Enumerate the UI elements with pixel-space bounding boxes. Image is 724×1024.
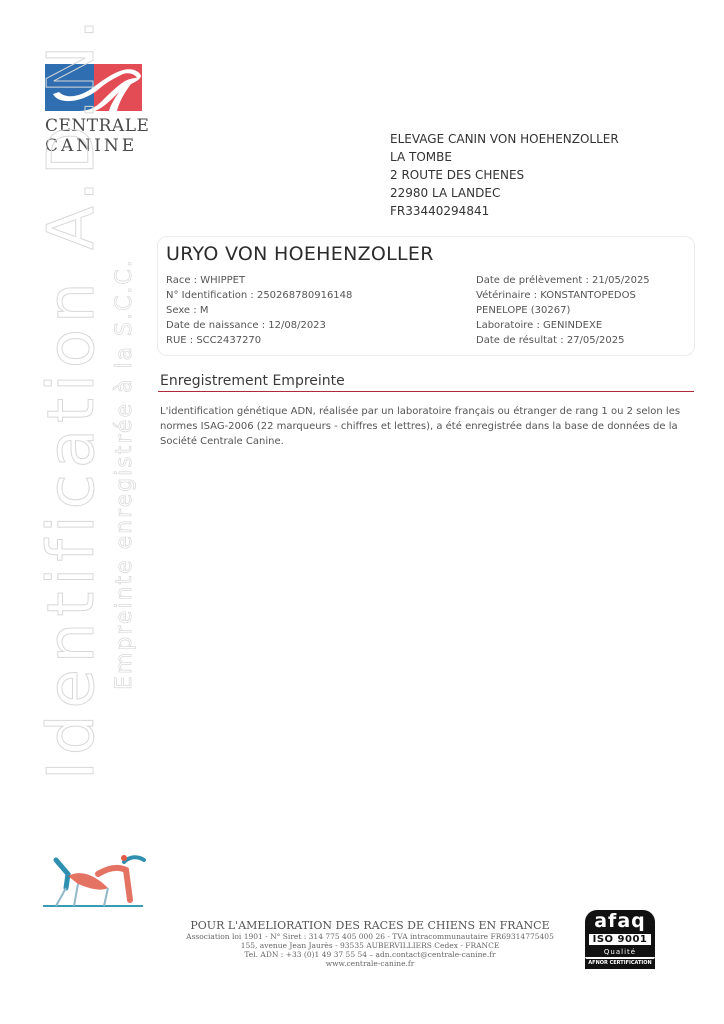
rue-number: RUE : SCC2437270: [166, 333, 352, 348]
section-body: L'identification génétique ADN, réalisée…: [160, 404, 700, 449]
identification-number: N° Identification : 250268780916148: [166, 288, 352, 303]
footer: POUR L'AMELIORATION DES RACES DE CHIENS …: [170, 920, 570, 968]
certification-issuer: AFNOR CERTIFICATION: [585, 957, 655, 969]
dog-info-card: URYO VON HOEHENZOLLER Race : WHIPPET N° …: [157, 236, 695, 356]
dog-details-right: Date de prélèvement : 21/05/2025 Vétérin…: [476, 273, 688, 348]
address-line: 2 ROUTE DES CHENES: [390, 166, 619, 184]
recipient-address: ELEVAGE CANIN VON HOEHENZOLLER LA TOMBE …: [390, 130, 619, 220]
dog-name: URYO VON HOEHENZOLLER: [166, 243, 434, 265]
afaq-logo: afaq: [585, 910, 655, 932]
dog-details-left: Race : WHIPPET N° Identification : 25026…: [166, 273, 352, 348]
address-line: LA TOMBE: [390, 148, 619, 166]
footer-address: 155, avenue Jean Jaurès - 93535 AUBERVIL…: [170, 941, 570, 950]
watermark-identification-adn: Identification A.D.N.: [35, 13, 109, 780]
laboratory: Laboratoire : GENINDEXE: [476, 318, 688, 333]
iso-standard: ISO 9001: [589, 934, 651, 945]
address-line: FR33440294841: [390, 202, 619, 220]
breed: Race : WHIPPET: [166, 273, 352, 288]
birth-date: Date de naissance : 12/08/2023: [166, 318, 352, 333]
sex: Sexe : M: [166, 303, 352, 318]
result-date: Date de résultat : 27/05/2025: [476, 333, 688, 348]
footer-motto: POUR L'AMELIORATION DES RACES DE CHIENS …: [170, 920, 570, 932]
veterinarian: Vétérinaire : KONSTANTOPEDOS PENELOPE (3…: [476, 288, 688, 318]
address-line: 22980 LA LANDEC: [390, 184, 619, 202]
footer-contact: Tel. ADN : +33 (0)1 49 37 55 54 – adn.co…: [170, 950, 570, 959]
sampling-date: Date de prélèvement : 21/05/2025: [476, 273, 688, 288]
watermark-empreinte: Empreinte enregistrée à la S.C.C.: [112, 258, 137, 690]
footer-legal: Association loi 1901 - N° Siret : 314 77…: [170, 932, 570, 941]
footer-website: www.centrale-canine.fr: [170, 959, 570, 968]
address-line: ELEVAGE CANIN VON HOEHENZOLLER: [390, 130, 619, 148]
section-divider: [158, 391, 694, 392]
quality-label: Qualité: [585, 947, 655, 957]
section-title: Enregistrement Empreinte: [160, 373, 345, 389]
running-dog-illustration-icon: [38, 848, 148, 922]
afaq-iso-9001-badge: afaq ISO 9001 Qualité AFNOR CERTIFICATIO…: [585, 910, 655, 969]
